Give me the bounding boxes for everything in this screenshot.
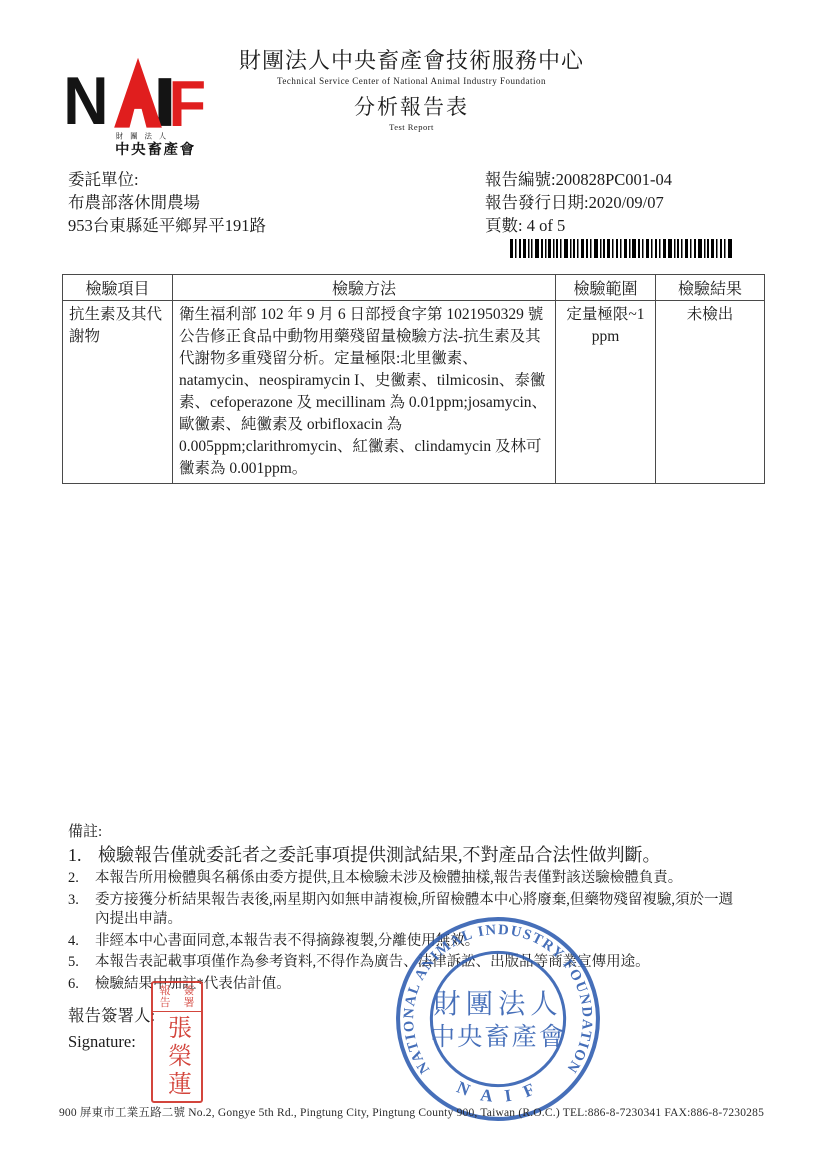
seal-header-chars: 報簽 告署: [153, 985, 201, 1012]
results-header-row: 檢驗項目 檢驗方法 檢驗範圍 檢驗結果: [63, 275, 765, 301]
issue-date: 2020/09/07: [589, 193, 664, 212]
signer-label-zh: 報告簽署人:: [68, 1003, 155, 1029]
logo-sub-large: 中央畜產會: [115, 140, 196, 158]
client-name: 布農部落休閒農場: [68, 191, 266, 214]
results-table: 檢驗項目 檢驗方法 檢驗範圍 檢驗結果 抗生素及其代謝物 衛生福利部 102 年…: [62, 274, 765, 484]
report-number-line: 報告編號:200828PC001-04: [485, 168, 672, 191]
stamp-inner-line2: 中央畜產會: [430, 1023, 566, 1051]
cell-test-item: 抗生素及其代謝物: [63, 301, 173, 484]
stamp-naif-text: N A I F: [454, 1078, 542, 1107]
notes-label: 備註:: [68, 820, 774, 841]
footer-address: 900 屏東市工業五路二號 No.2, Gongye 5th Rd., Ping…: [0, 1104, 823, 1120]
org-subtitle-en: Technical Service Center of National Ani…: [0, 76, 823, 86]
foundation-blue-stamp: NATIONAL ANIMAL INDUSTRY FOUNDATION N A …: [392, 913, 604, 1125]
seal-name: 張榮蓮: [160, 1015, 195, 1099]
page-count-line: 頁數: 4 of 5: [485, 214, 672, 237]
report-meta-block: 報告編號:200828PC001-04 報告發行日期:2020/09/07 頁數…: [485, 168, 672, 237]
client-label: 委託單位:: [68, 168, 266, 191]
table-row: 抗生素及其代謝物 衛生福利部 102 年 9 月 6 日部授食字第 102195…: [63, 301, 765, 484]
cell-test-method: 衛生福利部 102 年 9 月 6 日部授食字第 1021950329 號公告修…: [173, 301, 556, 484]
col-header-result: 檢驗結果: [656, 275, 765, 301]
client-address: 953台東縣延平鄉昇平191路: [68, 214, 266, 237]
report-number: 200828PC001-04: [556, 170, 672, 189]
col-header-range: 檢驗範圍: [556, 275, 656, 301]
report-page: N F 財 團 法 人 中央畜產會 財團法人中央畜產會技術服務中心 Techni…: [0, 0, 823, 1170]
cell-test-result: 未檢出: [656, 301, 765, 484]
cell-test-range: 定量極限~1 ppm: [556, 301, 656, 484]
col-header-method: 檢驗方法: [173, 275, 556, 301]
logo-sub-small: 財 團 法 人: [116, 132, 169, 141]
org-title: 財團法人中央畜產會技術服務中心: [0, 44, 823, 75]
header-titles: 財團法人中央畜產會技術服務中心 Technical Service Center…: [0, 44, 823, 132]
note-item: 2. 本報告所用檢體與名稱係由委方提供,且本檢驗未涉及檢體抽樣,報告表僅對該送驗…: [68, 869, 774, 889]
issue-date-line: 報告發行日期:2020/09/07: [485, 191, 672, 214]
page-count: 4 of 5: [527, 216, 566, 235]
signer-red-seal: 報簽 告署 張榮蓮: [151, 981, 203, 1103]
signer-label-en: Signature:: [68, 1029, 155, 1055]
note-item: 1. 檢驗報告僅就委託者之委託事項提供測試結果,不對產品合法性做判斷。: [68, 844, 774, 867]
stamp-inner-line1: 財團法人: [433, 989, 562, 1019]
col-header-item: 檢驗項目: [63, 275, 173, 301]
report-title-en: Test Report: [0, 122, 823, 132]
svg-text:N A I F: N A I F: [454, 1078, 542, 1107]
client-block: 委託單位: 布農部落休閒農場 953台東縣延平鄉昇平191路: [68, 168, 266, 237]
signature-block: 報告簽署人: Signature:: [68, 1003, 155, 1055]
barcode: [510, 239, 732, 258]
report-title: 分析報告表: [0, 91, 823, 121]
